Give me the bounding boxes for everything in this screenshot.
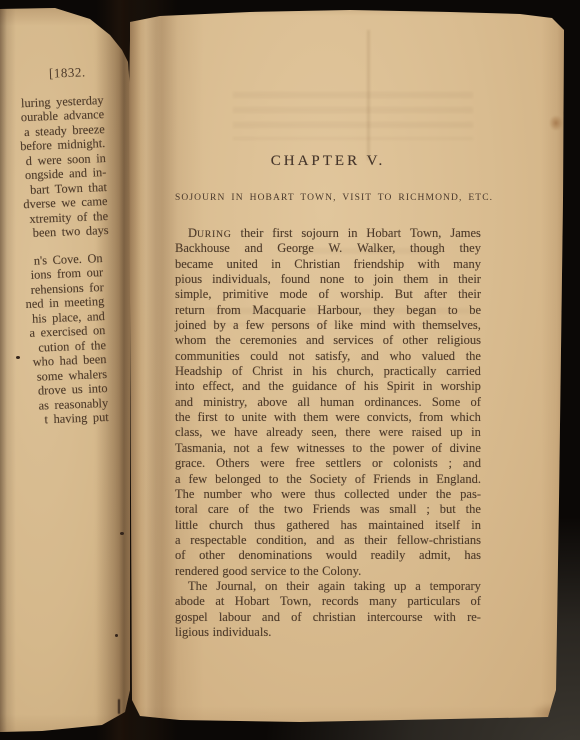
left-page: [1832. luring yesterdayourable advancea …	[0, 0, 131, 740]
body-text-line: becameunitedinChristianfriendshipwithman…	[175, 257, 481, 272]
left-page-fragment-block-2: n's Cove. Onions from ourrehensions forn…	[24, 251, 109, 427]
body-text-line: class,wehavealreadyseen,therewereraisedu…	[175, 425, 481, 440]
body-text-line: abodeatHobartTown,recordsmanyparticulars…	[175, 594, 481, 609]
body-text-line: ofotherdenominationswouldreadilyadmit,ha…	[175, 548, 481, 563]
body-text-line: DURINGtheirfirstsojourninHobartTown,Jame…	[175, 226, 481, 241]
page-crease	[367, 30, 370, 160]
body-text-line: thefirsttounitewiththemwereconvicts,from…	[175, 410, 481, 425]
worn-corner-smudge	[530, 702, 564, 722]
body-text-line: intoeffect,andtheguidanceofhisSpiritinwo…	[175, 379, 481, 394]
show-through-ghost	[233, 92, 473, 140]
body-text-line: andministry,aboveallhumanordinances.Some…	[175, 395, 481, 410]
ink-speck	[16, 356, 20, 359]
ink-speck	[120, 532, 124, 535]
book-photo: [1832. luring yesterdayourable advancea …	[0, 0, 580, 740]
left-page-year-header: [1832.	[49, 64, 86, 81]
body-text-line: Tasmania,notafewwitnessestothepowerofdiv…	[175, 441, 481, 456]
body-text-line: piousindividuals,foundnonetojointheminth…	[175, 272, 481, 287]
chapter-heading: CHAPTER V.	[175, 153, 481, 170]
body-text-line: ligiousindividuals.	[175, 625, 481, 640]
body-text-line: simple,primitivemodeofworship.Butafterth…	[175, 287, 481, 302]
body-text-line: gospellabourandofchristianintercoursewit…	[175, 610, 481, 625]
gutter-crease-mark	[118, 699, 120, 714]
body-text-line: TheJournal,ontheiragaintakingupatemporar…	[175, 579, 481, 594]
right-page: CHAPTER V. SOJOURN IN HOBART TOWN, VISIT…	[126, 4, 567, 730]
chapter-subtitle: SOJOURN IN HOBART TOWN, VISIT TO RICHMON…	[175, 193, 481, 203]
body-text-line: afewbelongedtotheSocietyofFriendsinEngla…	[175, 472, 481, 487]
ink-speck	[115, 634, 118, 637]
body-text-line: arespectablecondition,andastheirfellow-c…	[175, 533, 481, 548]
body-text-line: littlechurchthusgatheredhasmaintainedits…	[175, 518, 481, 533]
body-text-line: communitiescouldnotsatisfy,andwhovaluedt…	[175, 349, 481, 364]
paragraph: TheJournal,ontheiragaintakingupatemporar…	[175, 579, 481, 640]
body-text-line: toralcareofthetwoFriendswassmall;butthe	[175, 502, 481, 517]
paragraph: DURINGtheirfirstsojourninHobartTown,Jame…	[175, 226, 481, 579]
body-text-line: HeadshipofChristinhischurch,practicallyc…	[175, 364, 481, 379]
body-text-line: renderedgoodservicetotheColony.	[175, 564, 481, 579]
body-text-line: BackhouseandGeorgeW.Walker,thoughthey	[175, 241, 481, 256]
left-page-text-line: been two days	[23, 223, 109, 241]
foxing-stain	[549, 115, 563, 131]
body-text-line: whomtheceremoniesandservicesofotherrelig…	[175, 333, 481, 348]
body-text: DURINGtheirfirstsojourninHobartTown,Jame…	[175, 226, 481, 640]
body-text-line: returnfromMacquarieHarbour,theybegantobe	[175, 303, 481, 318]
left-page-fragment-block-1: luring yesterdayourable advancea steady …	[18, 93, 109, 241]
body-text-line: grace.Otherswerefreesettlersorcolonists;…	[175, 456, 481, 471]
body-text-line: joinedbyafewpersonsoflikemindwiththemsel…	[175, 318, 481, 333]
left-page-text-line: t having put	[30, 410, 109, 427]
body-text-line: Thenumberwhowerethuscollectedunderthepas…	[175, 487, 481, 502]
